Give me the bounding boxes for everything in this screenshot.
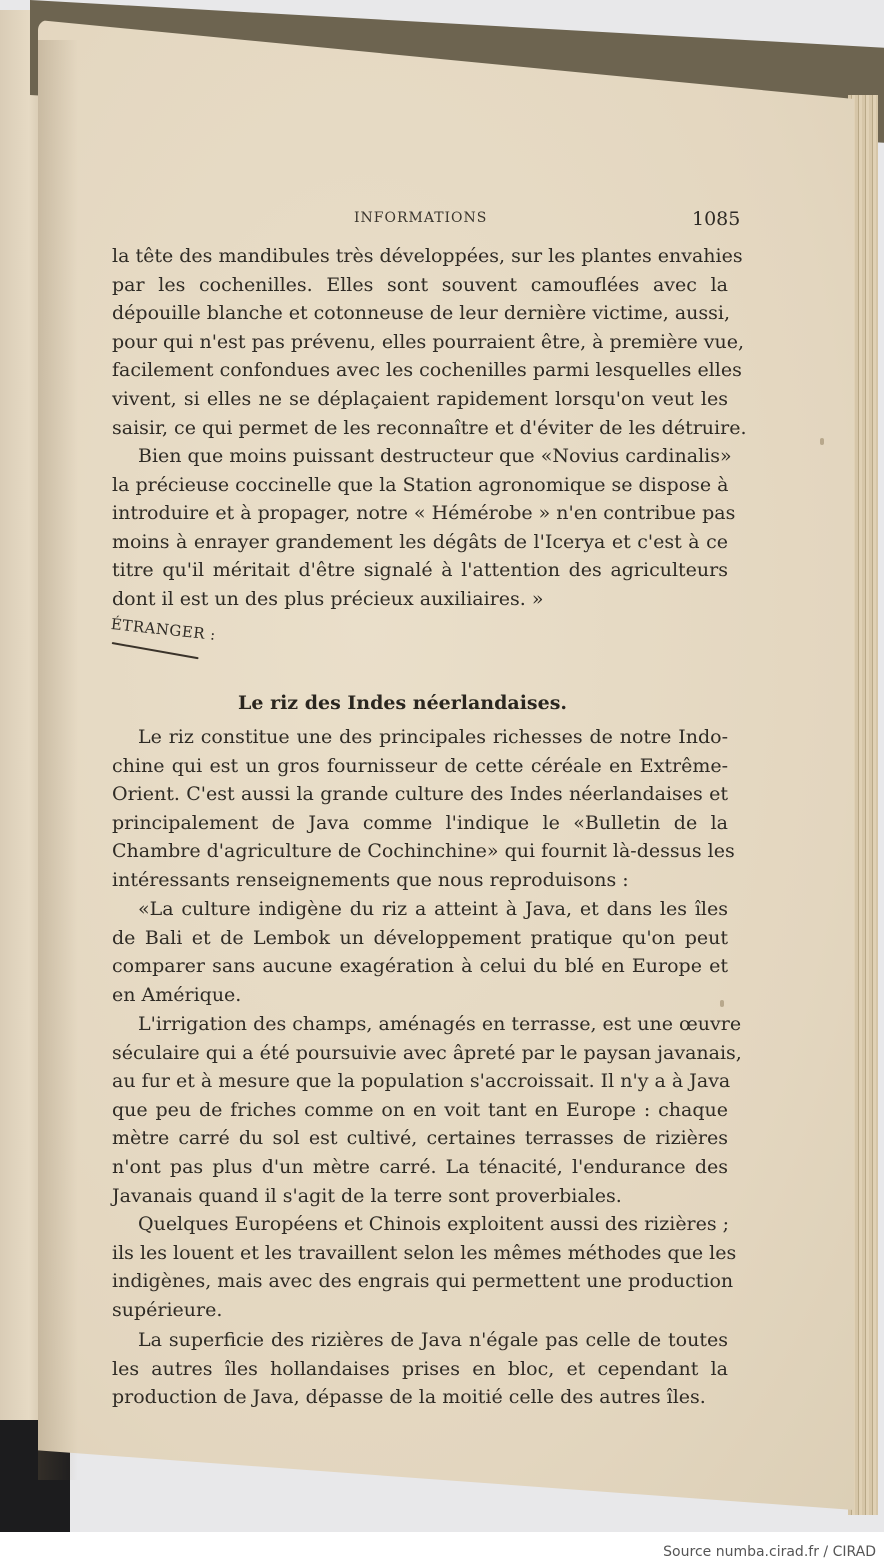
text-line: mètre carré du sol est cultivé, certaine… (112, 1124, 728, 1153)
text-line: chine qui est un gros fournisseur de cet… (112, 752, 728, 781)
text-line: «La culture indigène du riz a atteint à … (112, 895, 728, 924)
text-line: par les cochenilles. Elles sont souvent … (112, 271, 728, 300)
text-line: supérieure. (112, 1296, 728, 1325)
text-line: ils les louent et les travaillent selon … (112, 1239, 728, 1268)
text-line: dont il est un des plus précieux auxilia… (112, 585, 728, 614)
text-line: production de Java, dépasse de la moitié… (112, 1383, 728, 1412)
article-paragraph-1: Le riz constitue une des principales ric… (112, 723, 728, 895)
text-line: vivent, si elles ne se déplaçaient rapid… (112, 385, 728, 414)
article-paragraph-5: La superficie des rizières de Java n'éga… (112, 1326, 728, 1412)
text-line: intéressants renseignements que nous rep… (112, 866, 728, 895)
paper-speck (720, 1000, 724, 1007)
text-line: facilement confondues avec les cochenill… (112, 356, 728, 385)
text-line: la tête des mandibules très développées,… (112, 242, 728, 271)
text-line: en Amérique. (112, 981, 728, 1010)
article-paragraph-3: L'irrigation des champs, aménagés en ter… (112, 1010, 728, 1210)
text-line: principalement de Java comme l'indique l… (112, 809, 728, 838)
text-line: les autres îles hollandaises prises en b… (112, 1355, 728, 1384)
text-line: La superficie des rizières de Java n'éga… (112, 1326, 728, 1355)
text-line: saisir, ce qui permet de les reconnaître… (112, 414, 728, 443)
continued-paragraph: la tête des mandibules très développées,… (112, 242, 728, 442)
text-line: au fur et à mesure que la population s'a… (112, 1067, 728, 1096)
text-line: introduire et à propager, notre « Héméro… (112, 499, 728, 528)
text-line: Orient. C'est aussi la grande culture de… (112, 780, 728, 809)
text-line: dépouille blanche et cotonneuse de leur … (112, 299, 728, 328)
text-line: Javanais quand il s'agit de la terre son… (112, 1182, 728, 1211)
page-number: 1085 (692, 208, 740, 230)
text-line: Quelques Européens et Chinois exploitent… (112, 1210, 728, 1239)
article-paragraph-2: «La culture indigène du riz a atteint à … (112, 895, 728, 1009)
gutter-shadow (38, 40, 78, 1480)
paper-speck (820, 438, 824, 445)
text-line: n'ont pas plus d'un mètre carré. La téna… (112, 1153, 728, 1182)
text-line: moins à enrayer grandement les dégâts de… (112, 528, 728, 557)
source-credit: Source numba.cirad.fr / CIRAD (663, 1544, 876, 1560)
running-head: INFORMATIONS (354, 210, 487, 226)
text-line: L'irrigation des champs, aménagés en ter… (112, 1010, 728, 1039)
article-paragraph-4: Quelques Européens et Chinois exploitent… (112, 1210, 728, 1324)
text-line: Bien que moins puissant destructeur que … (112, 442, 728, 471)
paragraph-hemerobe: Bien que moins puissant destructeur que … (112, 442, 728, 614)
text-line: de Bali et de Lembok un développement pr… (112, 924, 728, 953)
text-line: pour qui n'est pas prévenu, elles pourra… (112, 328, 728, 357)
text-line: comparer sans aucune exagération à celui… (112, 952, 728, 981)
text-line: que peu de friches comme on en voit tant… (112, 1096, 728, 1125)
text-line: séculaire qui a été poursuivie avec âpre… (112, 1039, 728, 1068)
book-scan: INFORMATIONS 1085 la tête des mandibules… (0, 0, 884, 1532)
text-line: la précieuse coccinelle que la Station a… (112, 471, 728, 500)
article-title: Le riz des Indes néerlandaises. (238, 692, 567, 714)
text-line: Le riz constitue une des principales ric… (112, 723, 728, 752)
text-line: titre qu'il méritait d'être signalé à l'… (112, 556, 728, 585)
text-line: indigènes, mais avec des engrais qui per… (112, 1267, 728, 1296)
text-line: Chambre d'agriculture de Cochinchine» qu… (112, 837, 728, 866)
